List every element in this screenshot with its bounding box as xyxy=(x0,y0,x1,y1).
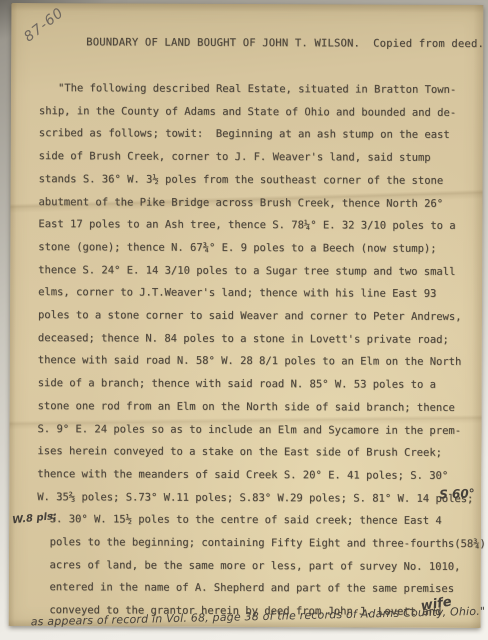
catalog-number-annotation: 87-60 xyxy=(21,5,67,46)
typed-line: "The following described Real Estate, si… xyxy=(39,77,473,102)
typed-line: side of a branch; thence with said road … xyxy=(38,372,472,397)
typed-line: entered in the name of A. Shepherd and p… xyxy=(37,577,471,602)
typed-line: abutment of the Pike Bridge across Brush… xyxy=(38,191,472,216)
typed-line: S. 30° W. 15½ poles to the centre of sai… xyxy=(37,508,471,533)
typed-line: ises herein conveyed to a stake on the E… xyxy=(37,440,471,465)
typed-line: thence with the meanders of said Creek S… xyxy=(37,463,471,488)
handwritten-bearing-annotation-right: S 60° xyxy=(439,486,475,501)
photographed-deed-document: { "page": { "catalog_number": "87-60", "… xyxy=(0,0,488,640)
typed-line: thence with said road N. 58° W. 28 8/1 p… xyxy=(38,350,472,375)
typed-line: poles to a stone corner to said Weaver a… xyxy=(38,304,472,329)
typed-line: elms, corner to J.T.Weaver's land; thenc… xyxy=(38,281,472,306)
typed-line: scribed as follows; towit: Beginning at … xyxy=(39,123,473,148)
typed-line: W. 35⅔ poles; S.73° W.11 poles; S.83° W.… xyxy=(37,486,471,511)
typed-line: side of Brush Creek, corner to J. F. Wea… xyxy=(39,145,473,170)
typed-line: thence S. 24° E. 14 3/10 poles to a Suga… xyxy=(38,259,472,284)
deed-body-text: "The following described Real Estate, si… xyxy=(37,77,473,624)
typed-line: S. 9° E. 24 poles so as to include an El… xyxy=(37,418,471,443)
typed-line: stands S. 36° W. 3½ poles from the south… xyxy=(39,168,473,193)
typed-line: ship, in the County of Adams and State o… xyxy=(39,100,473,125)
typed-line: deceased; thence N. 84 poles to a stone … xyxy=(38,327,472,352)
typed-line: stone one rod from an Elm on the North s… xyxy=(38,395,472,420)
typed-line: poles to the beginning; containing Fifty… xyxy=(37,531,471,556)
typed-line: acres of land, be the same more or less,… xyxy=(37,554,471,579)
typed-line: stone (gone); thence N. 67¾° E. 9 poles … xyxy=(38,236,472,261)
document-title: BOUNDARY OF LAND BOUGHT OF JOHN T. WILSO… xyxy=(86,36,484,50)
deed-paper-page: 87-60 BOUNDARY OF LAND BOUGHT OF JOHN T.… xyxy=(9,3,484,628)
typed-line: East 17 poles to an Ash tree, thence S. … xyxy=(38,213,472,238)
